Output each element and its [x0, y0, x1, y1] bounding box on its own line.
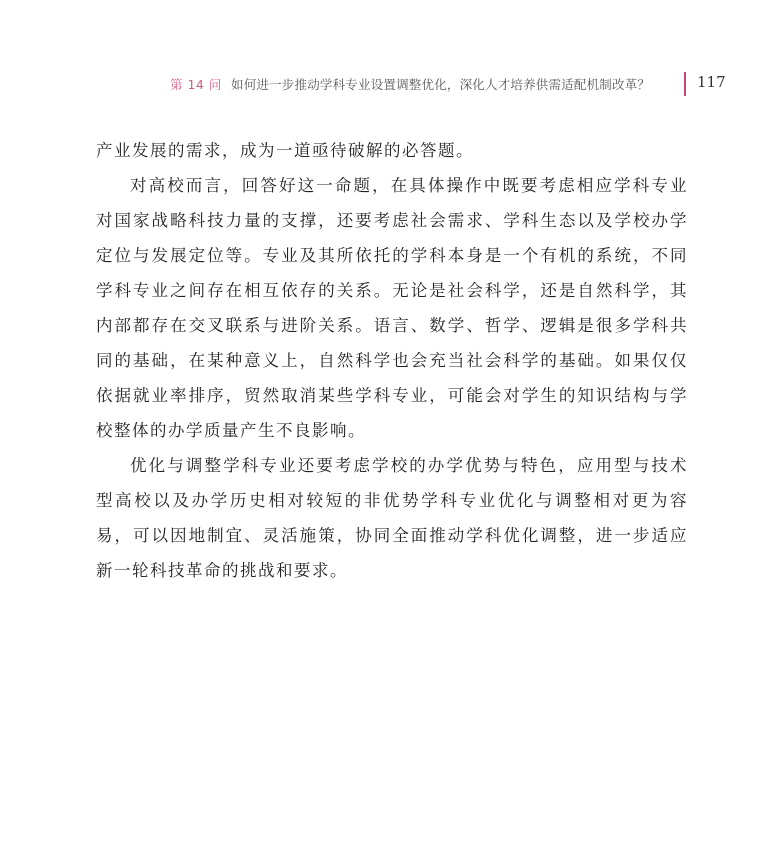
book-page: 第 14 问 如何进一步推动学科专业设置调整优化，深化人才培养供需适配机制改革？… — [0, 0, 778, 847]
text-line: 校整体的办学质量产生不良影响。 — [96, 413, 688, 448]
text-line: 对国家战略科技力量的支撑，还要考虑社会需求、学科生态以及学校办学 — [96, 203, 688, 238]
text-line: 产业发展的需求，成为一道亟待破解的必答题。 — [96, 133, 688, 168]
text-line: 内部都存在交叉联系与进阶关系。语言、数学、哲学、逻辑是很多学科共 — [96, 308, 688, 343]
running-header: 第 14 问 如何进一步推动学科专业设置调整优化，深化人才培养供需适配机制改革？… — [0, 72, 778, 96]
chapter-label: 第 14 问 — [170, 75, 222, 93]
page-number: 117 — [697, 73, 726, 91]
text-line: 依据就业率排序，贸然取消某些学科专业，可能会对学生的知识结构与学 — [96, 378, 688, 413]
text-line: 对高校而言，回答好这一命题，在具体操作中既要考虑相应学科专业 — [96, 168, 688, 203]
text-line: 新一轮科技革命的挑战和要求。 — [96, 553, 688, 588]
text-line: 型高校以及办学历史相对较短的非优势学科专业优化与调整相对更为容 — [96, 483, 688, 518]
paragraph-2: 对高校而言，回答好这一命题，在具体操作中既要考虑相应学科专业 对国家战略科技力量… — [96, 168, 688, 448]
text-line: 易，可以因地制宜、灵活施策，协同全面推动学科优化调整，进一步适应 — [96, 518, 688, 553]
body-text: 产业发展的需求，成为一道亟待破解的必答题。 对高校而言，回答好这一命题，在具体操… — [96, 133, 688, 588]
text-line: 定位与发展定位等。专业及其所依托的学科本身是一个有机的系统，不同 — [96, 238, 688, 273]
text-line: 学科专业之间存在相互依存的关系。无论是社会科学，还是自然科学，其 — [96, 273, 688, 308]
paragraph-1: 产业发展的需求，成为一道亟待破解的必答题。 — [96, 133, 688, 168]
chapter-title: 如何进一步推动学科专业设置调整优化，深化人才培养供需适配机制改革？ — [231, 75, 650, 93]
paragraph-3: 优化与调整学科专业还要考虑学校的办学优势与特色，应用型与技术 型高校以及办学历史… — [96, 448, 688, 588]
text-line: 优化与调整学科专业还要考虑学校的办学优势与特色，应用型与技术 — [96, 448, 688, 483]
header-divider — [684, 72, 686, 96]
text-line: 同的基础，在某种意义上，自然科学也会充当社会科学的基础。如果仅仅 — [96, 343, 688, 378]
